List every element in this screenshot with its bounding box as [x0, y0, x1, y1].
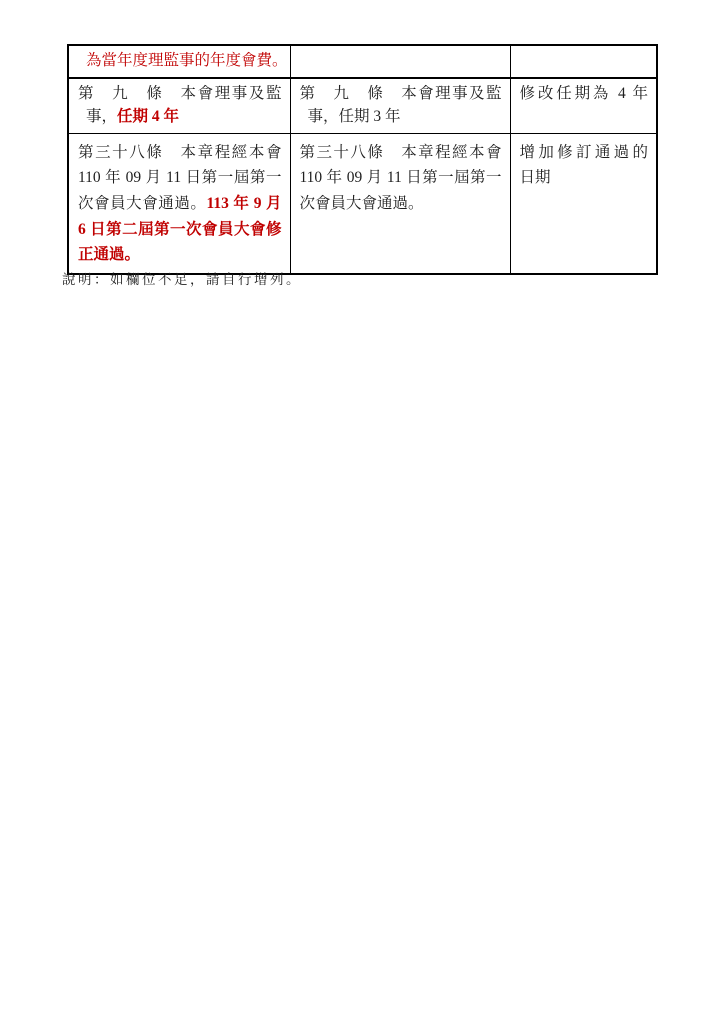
text-segment: 事，任期 3 年: [308, 108, 401, 125]
revision-text-segment: 正通過。: [78, 246, 140, 263]
table-cell: 第 九 條 本會理事及監事，任期 3 年: [290, 78, 510, 134]
text-line: 事，任期 4 年: [78, 105, 282, 129]
text-line: 第三十八條 本章程經本會: [78, 140, 282, 166]
text-line: 6 日第二屆第一次會員大會修: [78, 217, 282, 243]
text-segment: 110 年 09 月 11 日第一屆第一: [300, 169, 502, 186]
text-line: 正通過。: [78, 242, 282, 268]
revision-text-segment: 任期 4 年: [117, 108, 179, 125]
text-segment: 第 九 條 本會理事及監: [78, 85, 282, 102]
table-cell: 增加修訂通過的日期: [510, 133, 657, 274]
row-article-9: 第 九 條 本會理事及監事，任期 4 年第 九 條 本會理事及監事，任期 3 年…: [68, 78, 657, 134]
note-text: 說明：如欄位不足，請自行增列。: [62, 268, 302, 288]
table-cell: 第 九 條 本會理事及監事，任期 4 年: [68, 78, 290, 134]
text-line: 次會員大會通過。: [300, 191, 502, 217]
amendment-comparison-table: 為當年度理監事的年度會費。第 九 條 本會理事及監事，任期 4 年第 九 條 本…: [67, 44, 658, 275]
text-line: 增加修訂通過的: [520, 140, 649, 166]
text-line: 第 九 條 本會理事及監: [300, 82, 502, 106]
text-line: 事，任期 3 年: [300, 105, 502, 129]
table-cell: 第三十八條 本章程經本會110 年 09 月 11 日第一屆第一次會員大會通過。: [290, 133, 510, 274]
text-segment: 次會員大會通過。: [300, 195, 424, 212]
text-segment: 110 年 09 月 11 日第一屆第一: [78, 169, 282, 186]
text-line: 修改任期為 4 年: [520, 82, 649, 106]
text-line: 110 年 09 月 11 日第一屆第一: [300, 165, 502, 191]
document-page: 為當年度理監事的年度會費。第 九 條 本會理事及監事，任期 4 年第 九 條 本…: [0, 0, 724, 1024]
text-line: 為當年度理監事的年度會費。: [78, 49, 282, 73]
text-line: 日期: [520, 165, 649, 191]
revision-text-segment: 113 年 9 月: [206, 195, 281, 212]
text-line: 第三十八條 本章程經本會: [300, 140, 502, 166]
row-article-38: 第三十八條 本章程經本會110 年 09 月 11 日第一屆第一次會員大會通過。…: [68, 133, 657, 274]
table-body: 為當年度理監事的年度會費。第 九 條 本會理事及監事，任期 4 年第 九 條 本…: [68, 45, 657, 274]
text-segment: 第三十八條 本章程經本會: [78, 144, 282, 161]
text-segment: 第三十八條 本章程經本會: [300, 144, 502, 161]
text-segment: 日期: [520, 169, 551, 186]
table-cell: 修改任期為 4 年: [510, 78, 657, 134]
table-cell: [510, 45, 657, 78]
table-cell: [290, 45, 510, 78]
revision-text-segment: 6 日第二屆第一次會員大會修: [78, 221, 282, 238]
text-segment: 修改任期為 4 年: [520, 85, 649, 102]
text-segment: 增加修訂通過的: [520, 144, 649, 161]
text-line: 110 年 09 月 11 日第一屆第一: [78, 165, 282, 191]
table-cell: 為當年度理監事的年度會費。: [68, 45, 290, 78]
text-line: 次會員大會通過。113 年 9 月: [78, 191, 282, 217]
text-segment: 第 九 條 本會理事及監: [300, 85, 502, 102]
text-line: 第 九 條 本會理事及監: [78, 82, 282, 106]
revision-text-segment: 為當年度理監事的年度會費。: [86, 52, 288, 69]
text-segment: 事，: [86, 108, 117, 125]
table-cell: 第三十八條 本章程經本會110 年 09 月 11 日第一屆第一次會員大會通過。…: [68, 133, 290, 274]
text-segment: 次會員大會通過。: [78, 195, 206, 212]
row-membership-fee-carryover: 為當年度理監事的年度會費。: [68, 45, 657, 78]
